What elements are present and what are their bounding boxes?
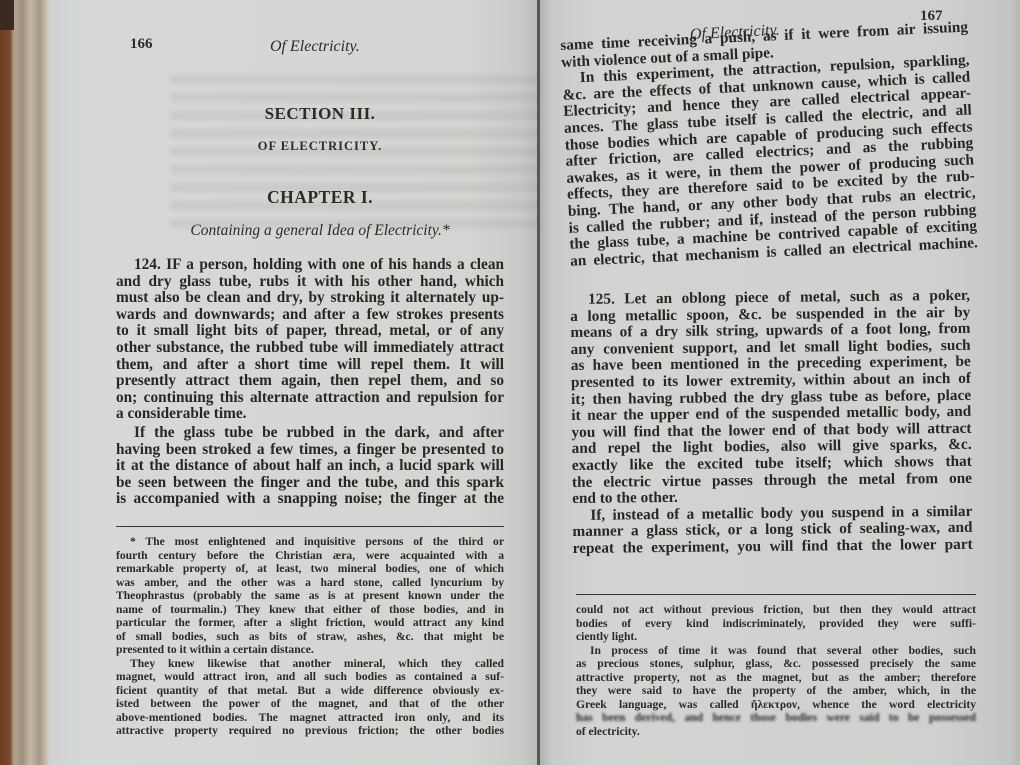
text-line: is accompanied with a snapping noise; th…: [116, 491, 504, 508]
text-line: wards and downwards; and after a few str…: [116, 307, 504, 324]
footnote-line: isted between the power of the magnet, a…: [116, 697, 504, 711]
footnote-line: Greek language, was called ἤλεκτρον, whe…: [576, 698, 976, 712]
left-page: 166 Of Electricity. SECTION III. OF ELEC…: [50, 0, 540, 765]
section-subtitle: OF ELECTRICITY.: [120, 139, 520, 154]
upper-text-block: same time receiving a push, as if it wer…: [560, 19, 978, 270]
footnote-line: ficient quantity of that metal. But a wi…: [116, 684, 504, 698]
bleed-through-text: [170, 75, 555, 235]
footnote-line: presented to it within a certain distanc…: [116, 643, 504, 657]
footnote-line: bodies of every kind indiscriminately, p…: [576, 617, 976, 631]
section-title: SECTION III.: [120, 104, 520, 124]
footnote-line: fourth century before the Christian æra,…: [116, 549, 504, 563]
footnote-line: attractive property, not as the magnet, …: [576, 671, 976, 685]
footnote-line: could not act without previous friction,…: [576, 603, 976, 617]
footnote-line: * The most enlightened and inquisitive p…: [116, 535, 504, 549]
book-cover-corner: [0, 0, 14, 30]
open-book: 166 Of Electricity. SECTION III. OF ELEC…: [0, 0, 1020, 765]
text-line: If the glass tube be rubbed in the dark,…: [116, 425, 504, 442]
footnote-line: of electricity.: [576, 725, 976, 739]
text-line: having been stroked a few times, a finge…: [116, 442, 504, 459]
footnote-line: Theophrastus (probably the same as is at…: [116, 589, 504, 603]
footnote-line: was amber, and the other was a hard ston…: [116, 576, 504, 590]
footnote-line: has been derived, and hence those bodies…: [576, 711, 976, 725]
footnote-line: They knew likewise that another mineral,…: [116, 657, 504, 671]
paragraph-124: 124. IF a person, holding with one of hi…: [116, 257, 504, 423]
chapter-subtitle: Containing a general Idea of Electricity…: [120, 222, 520, 240]
page-number: 166: [130, 36, 153, 53]
footnote: could not act without previous friction,…: [576, 603, 976, 738]
right-page: 167 Of Electricity. same time receiving …: [540, 0, 1020, 765]
text-line: presently attract them again, then repel…: [116, 373, 504, 390]
text-line: on; continuing this alternate attraction…: [116, 390, 504, 407]
text-line: repeat the experiment, you will find tha…: [573, 537, 973, 558]
text-line: 124. IF a person, holding with one of hi…: [116, 257, 504, 274]
chapter-title: CHAPTER I.: [120, 187, 520, 208]
text-line: to it small light bits of paper, thread,…: [116, 323, 504, 340]
footnote-line: they were said to have the property of t…: [576, 684, 976, 698]
running-head: Of Electricity.: [270, 38, 360, 56]
text-line: a considerable time.: [116, 406, 504, 423]
footnote: * The most enlightened and inquisitive p…: [116, 535, 504, 738]
footnote-divider: [116, 526, 504, 527]
footnote-line: attractive property required no previous…: [116, 724, 504, 738]
footnote-line: In process of time it was found that sev…: [576, 644, 976, 658]
footnote-line: magnet, would attract iron, and all such…: [116, 670, 504, 684]
paragraph-dark: If the glass tube be rubbed in the dark,…: [116, 425, 504, 508]
text-line: other substance, the rubbed tube will im…: [116, 340, 504, 357]
footnote-divider: [576, 594, 976, 595]
text-line: must also be clean and dry, by stroking …: [116, 290, 504, 307]
text-line: and dry glass tube, rubs it with his oth…: [116, 274, 504, 291]
footnote-line: above-mentioned bodies. The magnet attra…: [116, 711, 504, 725]
lower-text-block: 125. Let an oblong piece of metal, such …: [570, 288, 973, 558]
footnote-line: of small bodies, such as bits of straw, …: [116, 630, 504, 644]
footnote-line: remarkable property of, at least, two mi…: [116, 562, 504, 576]
text-line: it at the distance of about half an inch…: [116, 458, 504, 475]
footnote-line: particular the former, after a slight fr…: [116, 616, 504, 630]
footnote-line: as precious stones, sulphur, glass, &c. …: [576, 657, 976, 671]
footnote-line: ciently light.: [576, 630, 976, 644]
text-line: them, and after a short time will repel …: [116, 357, 504, 374]
footnote-line: name of tourmalin.) They knew that eithe…: [116, 603, 504, 617]
book-page-edges: [0, 0, 52, 765]
text-line: be seen between the finger and the tube,…: [116, 475, 504, 492]
